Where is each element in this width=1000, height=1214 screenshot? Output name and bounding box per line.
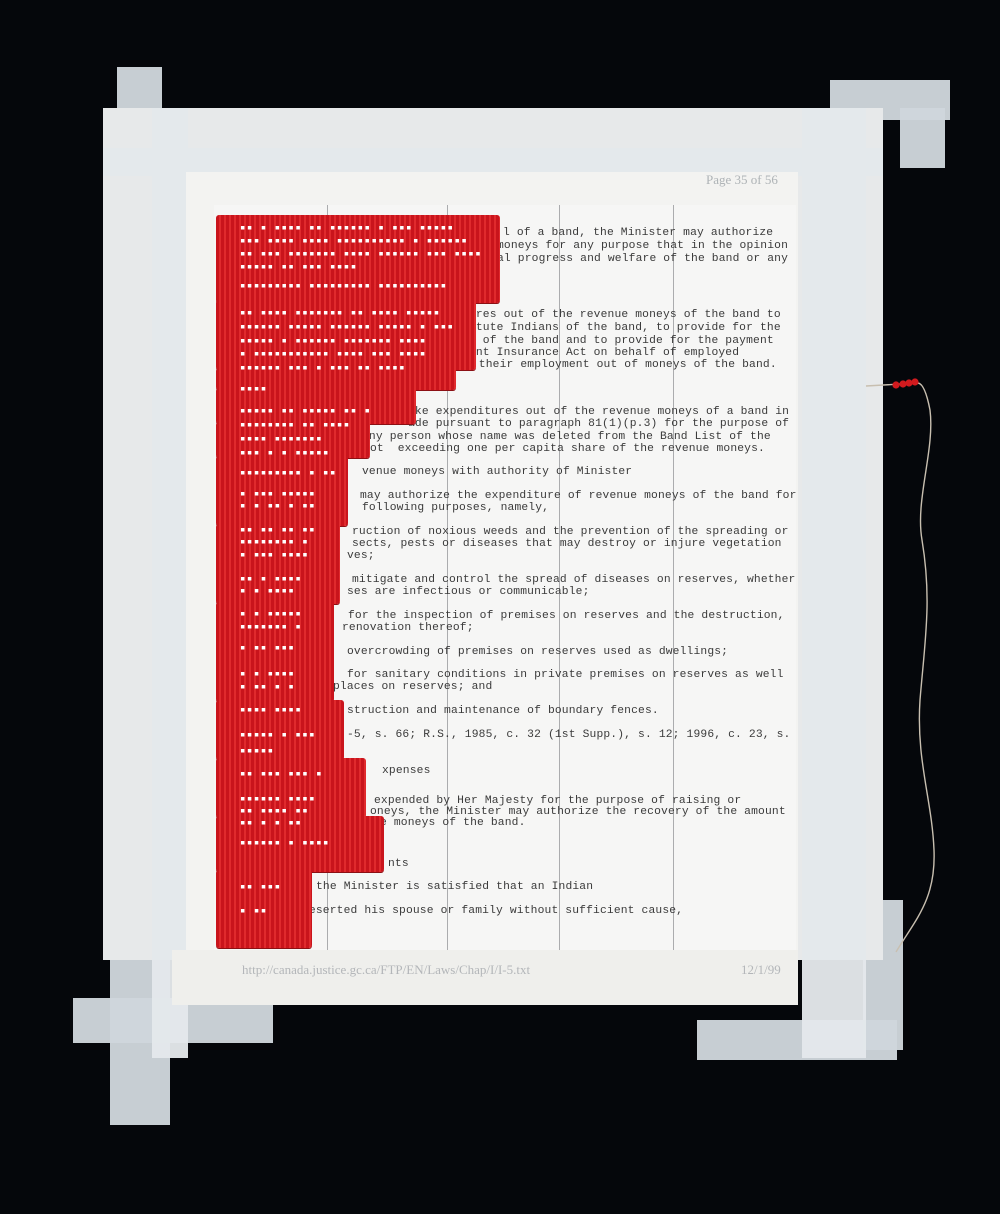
red-beads-icon [892, 378, 918, 388]
hanging-thread [0, 0, 1000, 1214]
